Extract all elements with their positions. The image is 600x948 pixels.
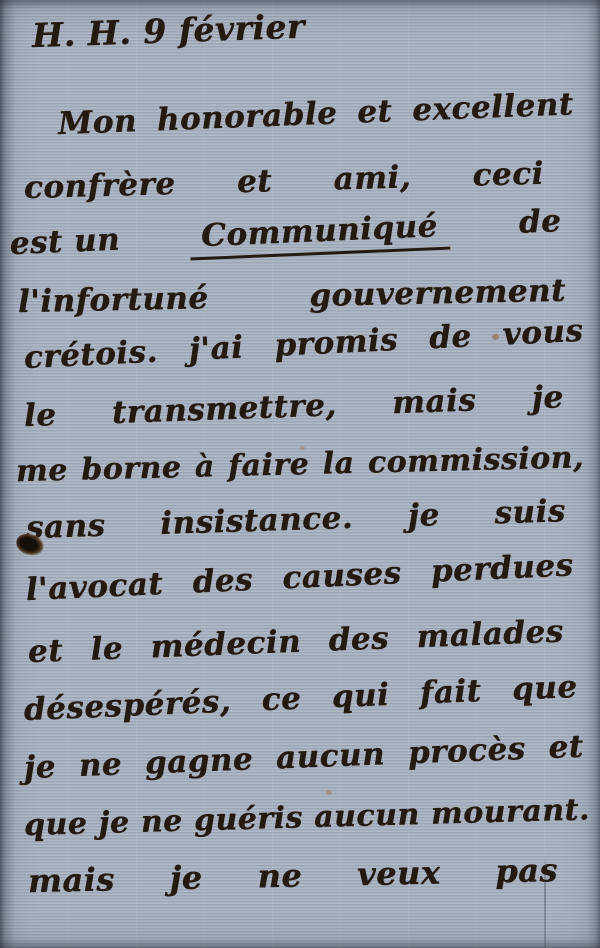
foxing-spot xyxy=(300,446,305,450)
letter-line: mais je ne veux pas xyxy=(28,851,559,900)
letter-line-segment: est un xyxy=(9,221,121,262)
letter-line: le transmettre, mais je xyxy=(23,379,564,434)
letter-line: l'infortuné gouvernement xyxy=(18,273,567,320)
letter-dateline: H. H. 9 février xyxy=(31,9,232,55)
letter-page: H. H. 9 février Mon honorable et excelle… xyxy=(0,0,600,948)
letter-line: crétois. j'ai promis de vous xyxy=(23,313,584,376)
letter-line: je ne gagne aucun procès et xyxy=(23,729,584,786)
letter-line-segment: de xyxy=(518,203,562,241)
paper-crease xyxy=(544,854,546,948)
letter-line: l'avocat des causes perdues xyxy=(25,547,574,608)
letter-line: désespérés, ce qui fait que xyxy=(23,669,578,728)
underlined-word: Communiqué xyxy=(188,208,450,261)
letter-line: que je ne guéris aucun mourant. xyxy=(23,792,590,843)
letter-line: est un Communiqué de xyxy=(9,203,562,268)
foxing-spot xyxy=(492,334,499,340)
letter-line: sans insistance. je suis xyxy=(25,493,566,546)
letter-line: Mon honorable et excellent xyxy=(57,86,574,142)
letter-line: confrère et ami, ceci xyxy=(23,155,544,206)
letter-line: et le médecin des malades xyxy=(27,613,564,670)
foxing-spot xyxy=(326,790,332,795)
